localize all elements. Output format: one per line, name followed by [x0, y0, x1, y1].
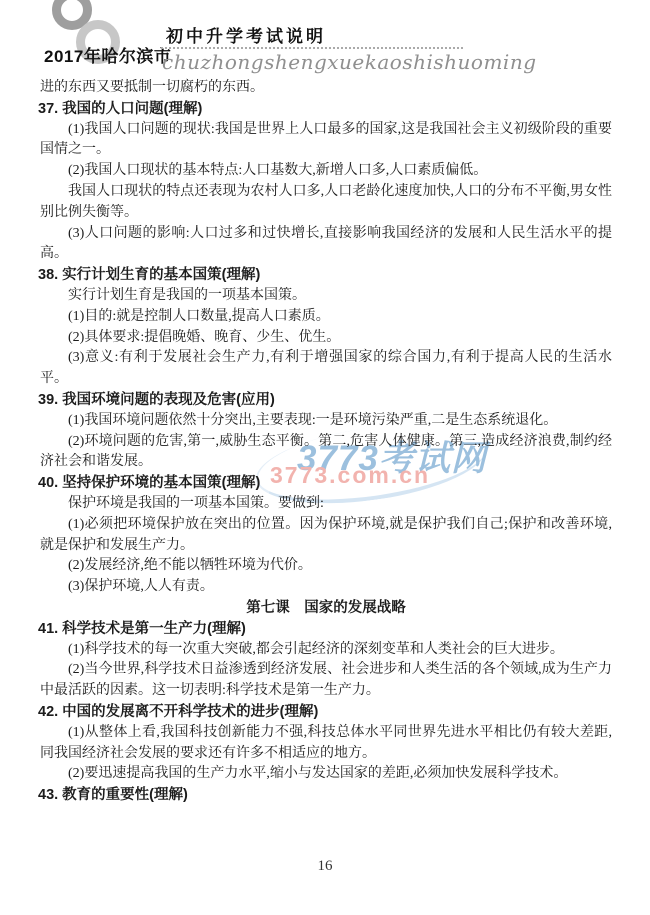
paragraph: (2)环境问题的危害,第一,威胁生态平衡。第二,危害人体健康。第三,造成经济浪费… — [40, 432, 612, 474]
numbered-heading: 41. 科学技术是第一生产力(理解) — [38, 619, 612, 640]
paragraph: (3)意义:有利于发展社会生产力,有利于增强国家的综合国力,有利于提高人民的生活… — [40, 348, 612, 390]
lesson-title: 第七课 国家的发展战略 — [40, 598, 612, 619]
page-title: 初中升学考试说明 — [166, 22, 326, 47]
paragraph: 我国人口现状的特点还表现为农村人口多,人口老龄化速度加快,人口的分布不平衡,男女… — [40, 182, 612, 224]
paragraph: (2)发展经济,绝不能以牺牲环境为代价。 — [40, 556, 612, 577]
numbered-heading: 43. 教育的重要性(理解) — [38, 785, 612, 806]
numbered-heading: 37. 我国的人口问题(理解) — [38, 99, 612, 120]
numbered-heading: 42. 中国的发展离不开科学技术的进步(理解) — [38, 702, 612, 723]
paragraph: (3)保护环境,人人有责。 — [40, 577, 612, 598]
paragraph: (1)从整体上看,我国科技创新能力不强,科技总体水平同世界先进水平相比仍有较大差… — [40, 723, 612, 765]
numbered-heading: 38. 实行计划生育的基本国策(理解) — [38, 265, 612, 286]
page-footer: 16 — [0, 858, 650, 875]
paragraph: 实行计划生育是我国的一项基本国策。 — [40, 286, 612, 307]
paragraph: (2)具体要求:提倡晚婚、晚育、少生、优生。 — [40, 328, 612, 349]
numbered-heading: 39. 我国环境问题的表现及危害(应用) — [38, 390, 612, 411]
paragraph: (2)我国人口现状的基本特点:人口基数大,新增人口多,人口素质偏低。 — [40, 161, 612, 182]
page-header: 2017年哈尔滨市 初中升学考试说明 chuzhongshengxuekaosh… — [0, 0, 650, 80]
paragraph: 保护环境是我国的一项基本国策。要做到: — [40, 494, 612, 515]
paragraph: (3)人口问题的影响:人口过多和过快增长,直接影响我国经济的发展和人民生活水平的… — [40, 224, 612, 266]
continuation-paragraph: 进的东西又要抵制一切腐朽的东西。 — [40, 78, 612, 99]
paragraph: (1)科学技术的每一次重大突破,都会引起经济的深刻变革和人类社会的巨大进步。 — [40, 640, 612, 661]
numbered-heading: 40. 坚持保护环境的基本国策(理解) — [38, 473, 612, 494]
publisher-logo — [50, 0, 130, 81]
paragraph: (1)我国人口问题的现状:我国是世界上人口最多的国家,这是我国社会主义初级阶段的… — [40, 120, 612, 162]
page-number: 16 — [318, 858, 333, 874]
edition-label: 2017年哈尔滨市 — [44, 42, 174, 67]
document-page: 2017年哈尔滨市 初中升学考试说明 chuzhongshengxuekaosh… — [0, 0, 650, 915]
title-pinyin: chuzhongshengxuekaoshishuoming — [162, 50, 537, 74]
paragraph: (1)目的:就是控制人口数量,提高人口素质。 — [40, 307, 612, 328]
title-divider — [161, 47, 463, 49]
paragraph: (2)要迅速提高我国的生产力水平,缩小与发达国家的差距,必须加快发展科学技术。 — [40, 764, 612, 785]
document-body: 进的东西又要抵制一切腐朽的东西。37. 我国的人口问题(理解)(1)我国人口问题… — [40, 78, 612, 806]
paragraph: (1)必须把环境保护放在突出的位置。因为保护环境,就是保护我们自己;保护和改善环… — [40, 515, 612, 557]
paragraph: (1)我国环境问题依然十分突出,主要表现:一是环境污染严重,二是生态系统退化。 — [40, 411, 612, 432]
paragraph: (2)当今世界,科学技术日益渗透到经济发展、社会进步和人类生活的各个领域,成为生… — [40, 660, 612, 702]
